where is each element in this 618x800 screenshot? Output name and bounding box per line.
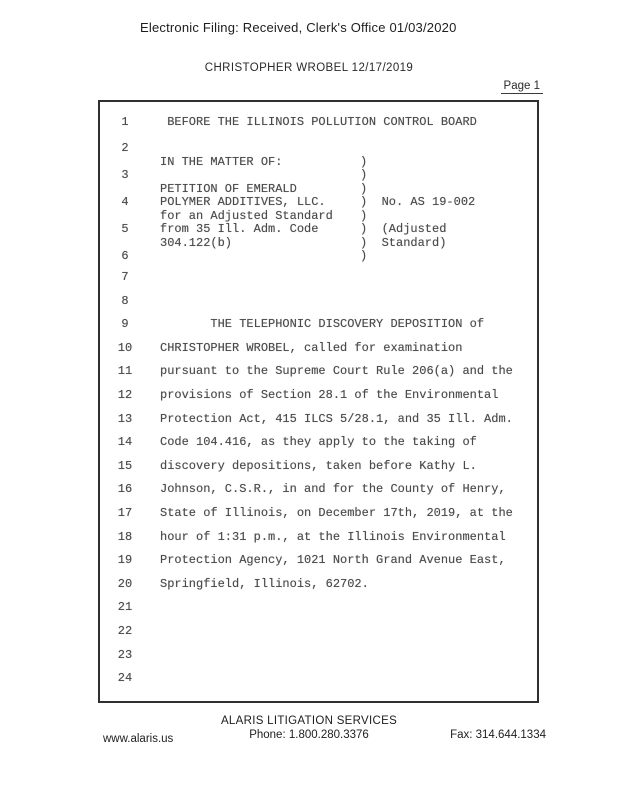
line-number: 18 xyxy=(111,531,139,544)
line-number: 21 xyxy=(111,601,139,614)
transcript-line: 1 BEFORE THE ILLINOIS POLLUTION CONTROL … xyxy=(100,116,537,142)
transcript-line: 7 xyxy=(100,271,537,295)
transcript-line: 17State of Illinois, on December 17th, 2… xyxy=(100,507,537,531)
line-number: 4 xyxy=(111,196,139,209)
line-text: hour of 1:31 p.m., at the Illinois Envir… xyxy=(160,531,506,544)
line-text: IN THE MATTER OF: xyxy=(160,156,282,169)
line-number: 12 xyxy=(111,389,139,402)
line-text: from 35 Ill. Adm. Code xyxy=(160,223,318,236)
transcript-box: 1 BEFORE THE ILLINOIS POLLUTION CONTROL … xyxy=(98,100,539,703)
transcript-line: 5from 35 Ill. Adm. Code) (Adjusted xyxy=(100,223,537,237)
scanned-document-page: Electronic Filing: Received, Clerk's Off… xyxy=(0,0,618,800)
transcript-line: 19Protection Agency, 1021 North Grand Av… xyxy=(100,554,537,578)
line-text: Johnson, C.S.R., in and for the County o… xyxy=(160,483,506,496)
line-number: 1 xyxy=(111,116,139,129)
transcript-line: 22 xyxy=(100,625,537,649)
transcript-line: PETITION OF EMERALD) xyxy=(100,183,537,197)
line-number: 19 xyxy=(111,554,139,567)
transcript-line: 3) xyxy=(100,169,537,183)
transcript-line: 6) xyxy=(100,250,537,271)
footer-company-name: ALARIS LITIGATION SERVICES xyxy=(0,715,618,727)
caption-paren-column: ) xyxy=(360,156,367,169)
line-number: 11 xyxy=(111,365,139,378)
transcript-rows: 1 BEFORE THE ILLINOIS POLLUTION CONTROL … xyxy=(100,116,537,696)
line-text: for an Adjusted Standard xyxy=(160,210,333,223)
transcript-line: 16Johnson, C.S.R., in and for the County… xyxy=(100,483,537,507)
transcript-line: 304.122(b)) Standard) xyxy=(100,237,537,251)
line-text: PETITION OF EMERALD xyxy=(160,183,297,196)
line-text: Protection Agency, 1021 North Grand Aven… xyxy=(160,554,506,567)
page-number-label: Page 1 xyxy=(501,80,543,94)
line-number: 10 xyxy=(111,342,139,355)
transcript-line: 15discovery depositions, taken before Ka… xyxy=(100,460,537,484)
line-number: 22 xyxy=(111,625,139,638)
line-number: 20 xyxy=(111,578,139,591)
transcript-line: 18hour of 1:31 p.m., at the Illinois Env… xyxy=(100,531,537,555)
caption-paren-column: ) xyxy=(360,169,367,182)
line-number: 16 xyxy=(111,483,139,496)
transcript-line: 24 xyxy=(100,672,537,696)
line-text: Protection Act, 415 ILCS 5/28.1, and 35 … xyxy=(160,413,513,426)
caption-paren-column: ) No. AS 19-002 xyxy=(360,196,475,209)
transcript-line: 21 xyxy=(100,601,537,625)
line-text: POLYMER ADDITIVES, LLC. xyxy=(160,196,326,209)
line-text: State of Illinois, on December 17th, 201… xyxy=(160,507,513,520)
line-number: 15 xyxy=(111,460,139,473)
transcript-line: 23 xyxy=(100,649,537,673)
deponent-header: CHRISTOPHER WROBEL 12/17/2019 xyxy=(0,62,618,74)
line-number: 9 xyxy=(111,318,139,331)
caption-paren-column: ) Standard) xyxy=(360,237,446,250)
transcript-line: 11pursuant to the Supreme Court Rule 206… xyxy=(100,365,537,389)
footer-website: www.alaris.us xyxy=(103,733,173,745)
caption-paren-column: ) xyxy=(360,183,367,196)
transcript-line: 2 xyxy=(100,142,537,156)
line-number: 8 xyxy=(111,295,139,308)
line-text: Springfield, Illinois, 62702. xyxy=(160,578,369,591)
line-number: 17 xyxy=(111,507,139,520)
line-number: 3 xyxy=(111,169,139,182)
transcript-line: 4POLYMER ADDITIVES, LLC.) No. AS 19-002 xyxy=(100,196,537,210)
line-number: 2 xyxy=(111,142,139,155)
line-number: 13 xyxy=(111,413,139,426)
transcript-line: 20Springfield, Illinois, 62702. xyxy=(100,578,537,602)
transcript-line: 9 THE TELEPHONIC DISCOVERY DEPOSITION of xyxy=(100,318,537,342)
transcript-line: 13Protection Act, 415 ILCS 5/28.1, and 3… xyxy=(100,413,537,437)
efiling-notice: Electronic Filing: Received, Clerk's Off… xyxy=(140,20,457,35)
line-number: 7 xyxy=(111,271,139,284)
line-text: 304.122(b) xyxy=(160,237,232,250)
caption-paren-column: ) xyxy=(360,210,367,223)
transcript-line: 8 xyxy=(100,295,537,319)
line-text: BEFORE THE ILLINOIS POLLUTION CONTROL BO… xyxy=(160,116,477,129)
line-text: discovery depositions, taken before Kath… xyxy=(160,460,477,473)
transcript-line: 10CHRISTOPHER WROBEL, called for examina… xyxy=(100,342,537,366)
line-text: CHRISTOPHER WROBEL, called for examinati… xyxy=(160,342,462,355)
line-text: THE TELEPHONIC DISCOVERY DEPOSITION of xyxy=(160,318,484,331)
transcript-line: IN THE MATTER OF:) xyxy=(100,156,537,170)
caption-paren-column: ) (Adjusted xyxy=(360,223,446,236)
line-number: 5 xyxy=(111,223,139,236)
line-text: Code 104.416, as they apply to the takin… xyxy=(160,436,477,449)
line-number: 24 xyxy=(111,672,139,685)
line-text: pursuant to the Supreme Court Rule 206(a… xyxy=(160,365,513,378)
line-number: 6 xyxy=(111,250,139,263)
transcript-line: 14Code 104.416, as they apply to the tak… xyxy=(100,436,537,460)
transcript-line: 12provisions of Section 28.1 of the Envi… xyxy=(100,389,537,413)
footer-fax: Fax: 314.644.1334 xyxy=(450,729,546,741)
line-text: provisions of Section 28.1 of the Enviro… xyxy=(160,389,498,402)
line-number: 14 xyxy=(111,436,139,449)
line-number: 23 xyxy=(111,649,139,662)
caption-paren-column: ) xyxy=(360,250,367,263)
transcript-line: for an Adjusted Standard) xyxy=(100,210,537,224)
